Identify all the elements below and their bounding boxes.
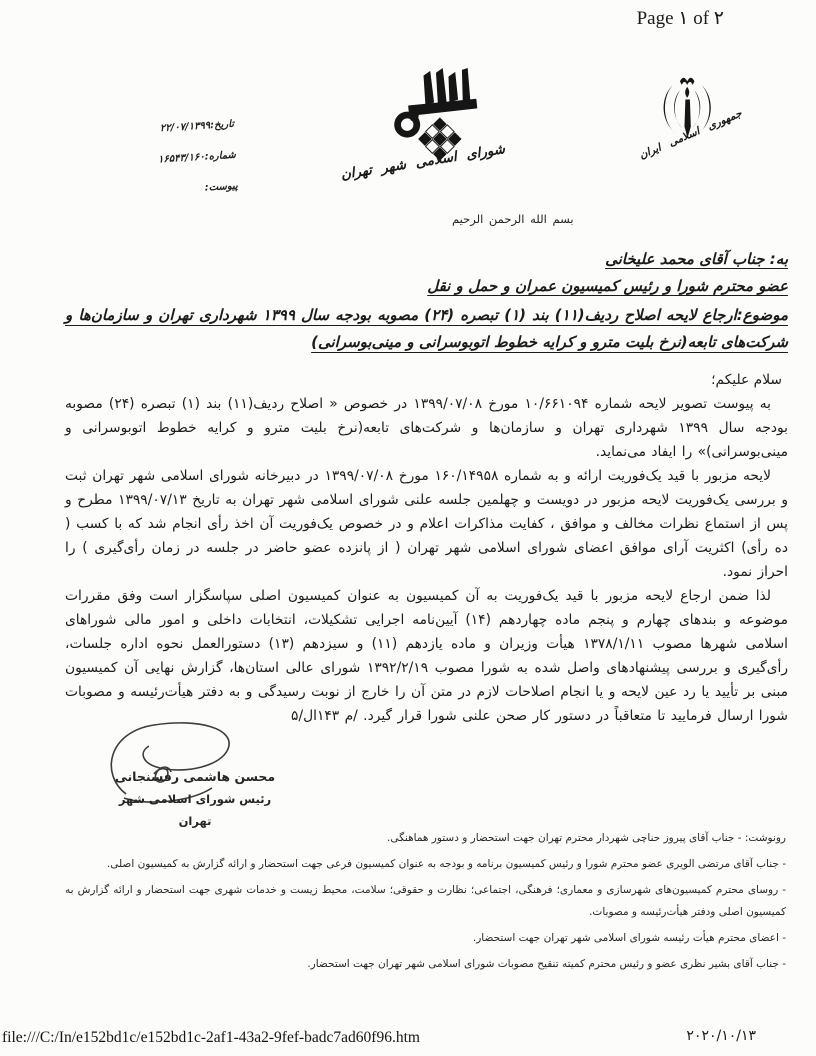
- cc-line-board-members: - اعضای محترم هیأت رئیسه شورای اسلامی شه…: [65, 927, 786, 949]
- print-date: ۲۰۲۰/۱۰/۱۳: [686, 1028, 756, 1044]
- cc-line-mayor: رونوشت: - جناب آقای پیروز حناچی شهردار م…: [65, 827, 786, 849]
- signatory-name: محسن هاشمی رفسنجانی: [105, 766, 285, 788]
- stamp-attachment: پیوست:: [129, 171, 239, 209]
- letter-meta-stamp: تاریخ:۲۲/۰۷/۱۳۹۹ شماره:۱۶۵۴۳/۱۶۰ پیوست:: [125, 109, 238, 208]
- body-paragraph-3: لذا ضمن ارجاع لایحه مزبور با قید یک‌فوری…: [65, 584, 788, 728]
- cc-block: رونوشت: - جناب آقای پیروز حناچی شهردار م…: [65, 827, 786, 979]
- subject-line: موضوع:ارجاع لایحه اصلاح ردیف(۱۱) بند (۱)…: [65, 302, 788, 356]
- page-number-label: Page ۱ of ۲: [637, 7, 724, 30]
- salutation-line: سلام علیکم؛: [65, 368, 788, 392]
- signatory-title: رئیس شورای اسلامی شهر تهران: [105, 788, 285, 832]
- recipient-role-line: عضو محترم شورا و رئیس کمیسیون عمران و حم…: [65, 273, 788, 300]
- body-paragraph-2: لایحه مزبور با قید یک‌فوریت ارائه و به ش…: [65, 464, 788, 584]
- letter-content: به: جناب آقای محمد علیخانی عضو محترم شور…: [65, 246, 788, 728]
- signature-block: محسن هاشمی رفسنجانی رئیس شورای اسلامی شه…: [105, 766, 285, 832]
- bismillah-line: بسم الله الرحمن الرحیم: [452, 212, 574, 226]
- letter-page: Page ۱ of ۲ تاریخ:۲۲/۰۷/۱۳۹۹ شماره:۱۶۵۴۳…: [0, 0, 816, 1056]
- recipient-name-line: به: جناب آقای محمد علیخانی: [65, 246, 788, 273]
- cc-line-budget-commission: - جناب آقای مرتضی الویری عضو محترم شورا …: [65, 853, 786, 875]
- cc-line-resolutions-committee: - جناب آقای بشیر نظری عضو و رئیس محترم ک…: [65, 953, 786, 975]
- file-url: file:///C:/In/e152bd1c/e152bd1c-2af1-43a…: [2, 1029, 420, 1047]
- cc-line-commission-heads: - روسای محترم کمیسیون‌های شهرسازی و معما…: [65, 879, 786, 923]
- body-paragraph-1: به پیوست تصویر لایحه شماره ۱۰/۶۶۱۰۹۴ مور…: [65, 392, 788, 464]
